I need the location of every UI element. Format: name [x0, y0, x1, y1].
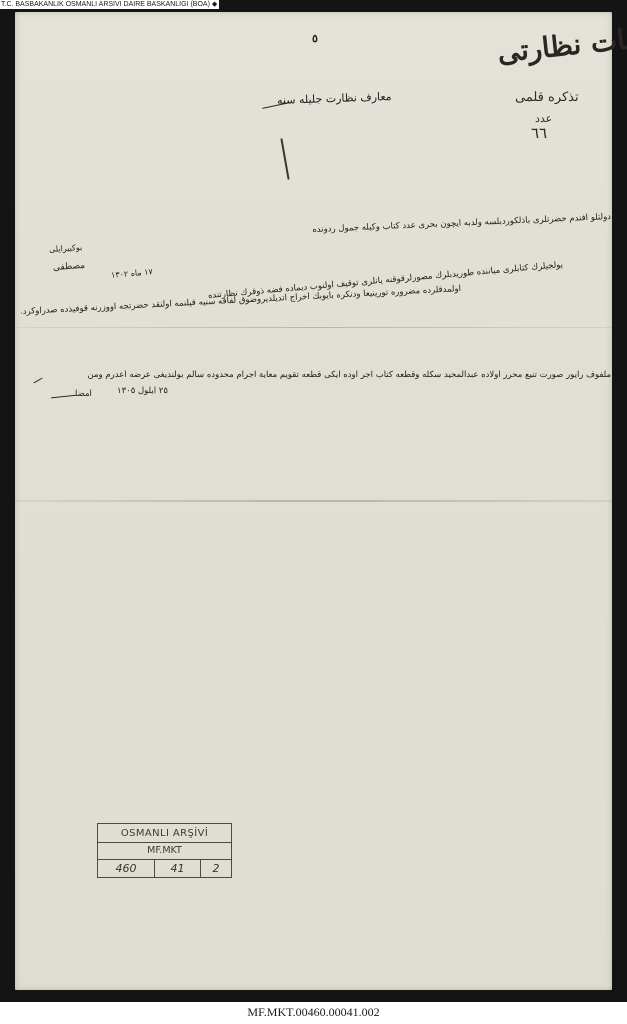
letterhead-number: ٦٦	[531, 124, 547, 142]
addressee-line: معارف نظارت جليله سنه	[277, 90, 392, 107]
diamond-icon: ◆	[212, 1, 217, 8]
archive-stamp: OSMANLI ARŞİVİ MF.MKT 460 41 2	[97, 823, 232, 878]
stamp-fonds: MF.MKT	[98, 843, 231, 860]
banner-text: T.C. BASBAKANLIK OSMANLI ARSIVI DAIRE BA…	[1, 1, 210, 8]
stamp-reference-row: 460 41 2	[98, 860, 231, 877]
stamp-shirt: 41	[155, 860, 201, 877]
second-note: ملفوف رايور صورت تنيع محرر اولاده عبدالم…	[31, 370, 611, 380]
stamp-dossier: 460	[98, 860, 155, 877]
signature-flourish	[51, 395, 77, 399]
second-note-date: ٢٥ ايلول ١٣٠٥	[117, 386, 168, 396]
letterhead-title: رسومات نظارتى	[496, 16, 627, 69]
stamp-archive-name: OSMANLI ARŞİVİ	[98, 825, 231, 843]
paper-fold-line	[15, 327, 612, 328]
top-mark: ٥	[312, 32, 318, 45]
reference-code: MF.MKT.00460.00041.002	[0, 1004, 627, 1024]
marginal-note: بوكبيرايلى	[49, 243, 83, 254]
body-line: دولتلو افندم حضرتلرى باذلكوردبلسه ولدبه …	[21, 212, 611, 248]
pen-stroke	[280, 138, 289, 180]
letterhead-subtitle: تذكره قلمى	[515, 90, 579, 105]
paper-fold-line	[15, 500, 612, 502]
marginal-signature: مصطفى	[53, 261, 86, 273]
archive-banner: T.C. BASBAKANLIK OSMANLI ARSIVI DAIRE BA…	[0, 0, 219, 9]
date-note: ١٧ ماه ١٣٠٢	[111, 267, 153, 280]
second-note-signature: امضا	[75, 389, 92, 399]
stamp-page: 2	[201, 860, 231, 877]
